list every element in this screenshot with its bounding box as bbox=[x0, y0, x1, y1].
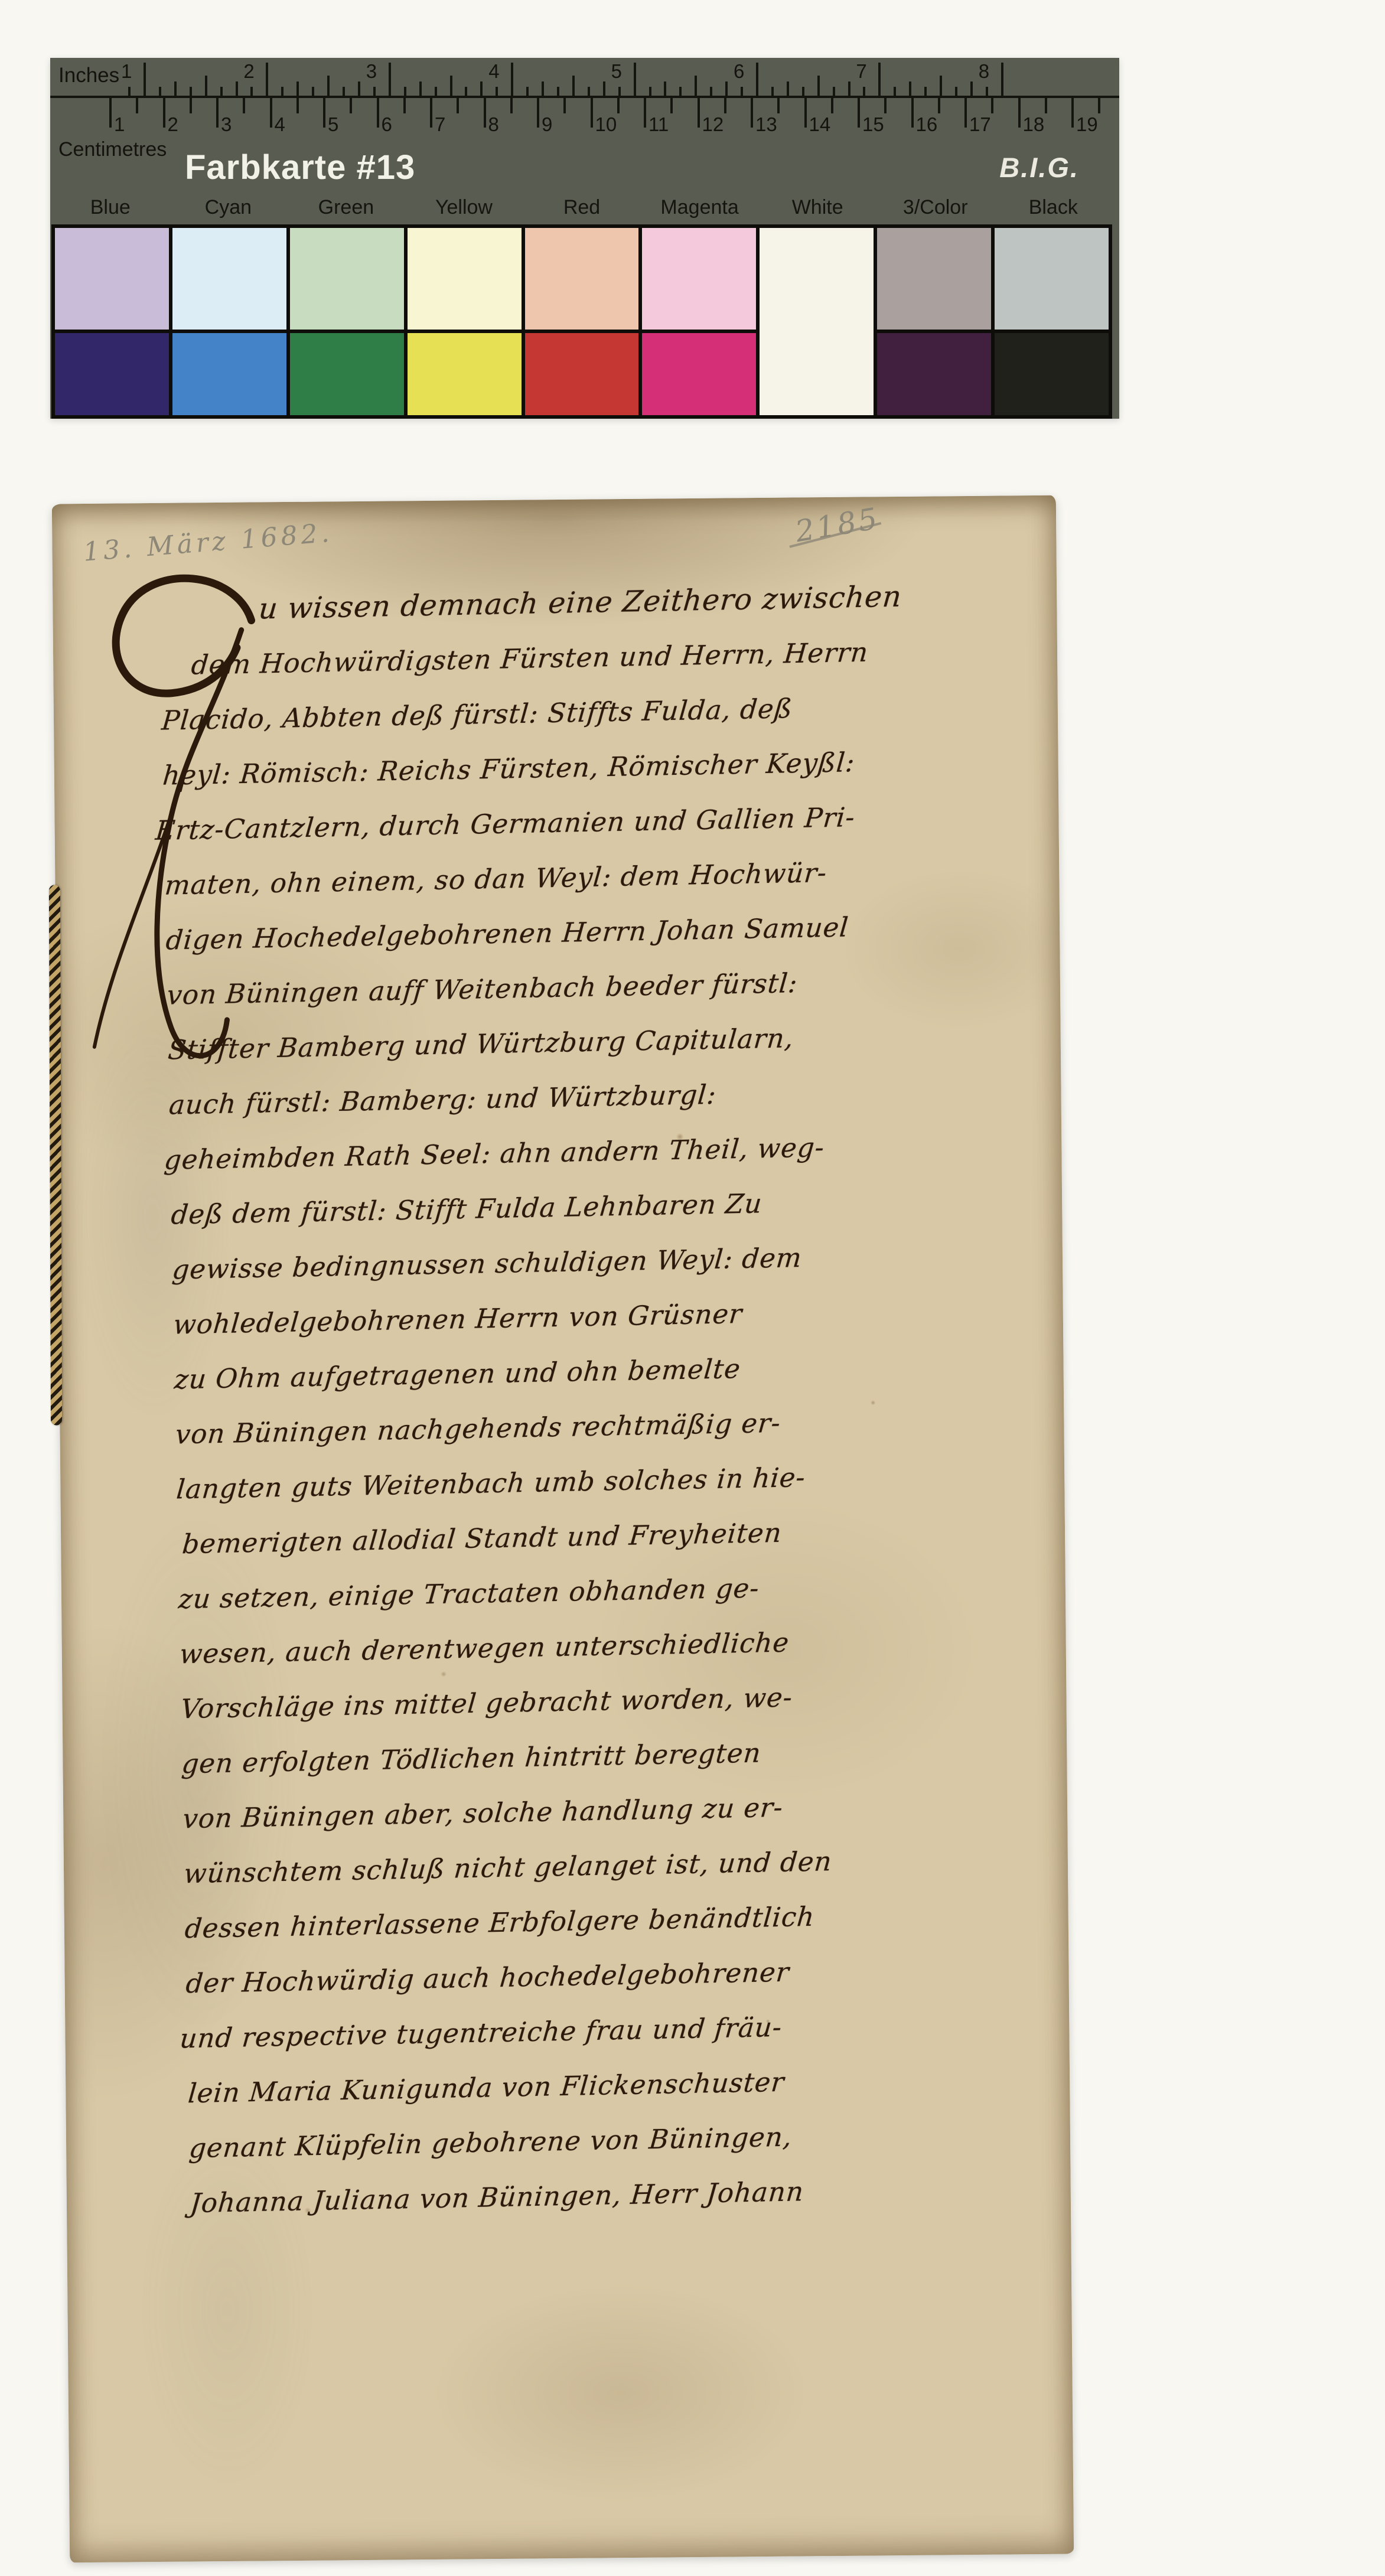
cm-number: 18 bbox=[1023, 113, 1045, 136]
patch-column-yellow bbox=[408, 228, 522, 415]
inch-tick bbox=[634, 63, 636, 96]
patch-column-red bbox=[525, 228, 639, 415]
inch-tick bbox=[848, 81, 850, 96]
patch-green-pale bbox=[290, 228, 404, 330]
patch-label-black: Black bbox=[995, 196, 1113, 222]
inch-tick bbox=[863, 87, 865, 96]
cm-tick bbox=[323, 98, 325, 128]
cm-number: 14 bbox=[809, 113, 831, 136]
patch-yellow-saturated bbox=[408, 333, 522, 415]
cm-number: 7 bbox=[435, 113, 445, 136]
archival-photo: Inches 12345678 123456789101112131415161… bbox=[0, 0, 1385, 2576]
centimetre-ruler: 12345678910111213141516171819 bbox=[50, 98, 1119, 135]
inch-tick bbox=[817, 76, 820, 96]
inch-number: 1 bbox=[121, 60, 132, 83]
inch-tick bbox=[128, 87, 131, 96]
inch-tick bbox=[312, 87, 314, 96]
card-brand-logo: B.I.G. bbox=[999, 151, 1079, 184]
cm-number: 16 bbox=[916, 113, 938, 136]
cm-tick bbox=[296, 98, 299, 113]
patch-label-green: Green bbox=[287, 196, 405, 222]
cm-number: 3 bbox=[221, 113, 232, 136]
inch-tick bbox=[496, 87, 498, 96]
cm-tick bbox=[190, 98, 192, 113]
inch-tick bbox=[450, 76, 452, 96]
inch-tick bbox=[664, 81, 666, 96]
inch-number: 8 bbox=[979, 60, 989, 83]
patch-magenta-pale bbox=[642, 228, 756, 330]
inch-tick bbox=[511, 63, 513, 96]
cm-tick bbox=[430, 98, 432, 128]
cm-tick bbox=[270, 98, 272, 128]
inch-tick bbox=[695, 76, 697, 96]
cm-number: 13 bbox=[755, 113, 777, 136]
patch-column-cyan bbox=[172, 228, 286, 415]
cm-tick bbox=[858, 98, 860, 128]
inch-tick bbox=[389, 63, 391, 96]
cm-tick bbox=[884, 98, 887, 113]
cm-number: 2 bbox=[168, 113, 178, 136]
inch-tick bbox=[281, 87, 283, 96]
cm-tick bbox=[777, 98, 780, 113]
inch-number: 6 bbox=[734, 60, 744, 83]
patch-label-cyan: Cyan bbox=[170, 196, 288, 222]
inch-number: 3 bbox=[366, 60, 377, 83]
inch-tick bbox=[480, 81, 483, 96]
inch-tick bbox=[358, 81, 360, 96]
cm-tick bbox=[243, 98, 245, 113]
patch-red-saturated bbox=[525, 333, 639, 415]
patch-label-blue: Blue bbox=[51, 196, 170, 222]
cm-number: 4 bbox=[275, 113, 285, 136]
patch-red-pale bbox=[525, 228, 639, 330]
cm-tick bbox=[644, 98, 646, 128]
inch-tick bbox=[220, 87, 223, 96]
cm-number: 8 bbox=[488, 113, 499, 136]
inch-tick bbox=[940, 76, 942, 96]
inch-tick bbox=[756, 63, 758, 96]
cm-number: 15 bbox=[862, 113, 884, 136]
inch-number: 2 bbox=[243, 60, 254, 83]
inch-tick bbox=[174, 81, 177, 96]
card-title: Farbkarte #13 bbox=[185, 148, 415, 187]
patch-column-magenta bbox=[642, 228, 756, 415]
cm-number: 5 bbox=[328, 113, 338, 136]
patch-cyan-pale bbox=[172, 228, 286, 330]
cm-number: 17 bbox=[969, 113, 991, 136]
inch-tick bbox=[266, 63, 268, 96]
inch-tick bbox=[924, 87, 927, 96]
patch-column-3-color bbox=[877, 228, 991, 415]
cm-tick bbox=[1018, 98, 1021, 128]
patch-blue-pale bbox=[55, 228, 169, 330]
inch-tick bbox=[802, 87, 804, 96]
inch-tick bbox=[557, 87, 559, 96]
inch-tick bbox=[725, 81, 728, 96]
centimetres-label: Centimetres bbox=[58, 138, 167, 161]
patch-black-saturated bbox=[995, 333, 1109, 415]
cm-number: 12 bbox=[702, 113, 724, 136]
cm-number: 6 bbox=[382, 113, 392, 136]
patch-3-color-saturated bbox=[877, 333, 991, 415]
cm-tick bbox=[991, 98, 993, 113]
patch-white bbox=[760, 228, 874, 415]
patch-column-white bbox=[760, 228, 874, 415]
cm-tick bbox=[163, 98, 165, 128]
cm-tick bbox=[724, 98, 726, 113]
cm-tick bbox=[136, 98, 138, 113]
inches-label: Inches bbox=[58, 64, 119, 87]
cm-number: 11 bbox=[648, 113, 669, 136]
inch-tick bbox=[878, 63, 881, 96]
patch-label-row: BlueCyanGreenYellowRedMagentaWhite3/Colo… bbox=[51, 196, 1112, 222]
inch-tick bbox=[787, 81, 789, 96]
inch-number: 4 bbox=[488, 60, 499, 83]
patch-black-pale bbox=[995, 228, 1109, 330]
manuscript-page: 13. März 1682. 2185 u wissen demnach ein… bbox=[52, 495, 1074, 2563]
inch-tick bbox=[894, 87, 896, 96]
cm-tick bbox=[377, 98, 379, 128]
inch-tick bbox=[679, 87, 682, 96]
inch-tick bbox=[159, 87, 161, 96]
inch-tick bbox=[296, 81, 299, 96]
inch-tick bbox=[588, 87, 590, 96]
cm-tick bbox=[1098, 98, 1100, 113]
cm-number: 1 bbox=[114, 113, 125, 136]
inch-tick bbox=[205, 76, 207, 96]
cm-tick bbox=[563, 98, 566, 113]
patch-label-red: Red bbox=[523, 196, 641, 222]
cm-tick bbox=[938, 98, 940, 113]
inch-tick bbox=[649, 87, 651, 96]
cm-tick bbox=[698, 98, 700, 128]
cm-tick bbox=[751, 98, 753, 128]
patch-3-color-pale bbox=[877, 228, 991, 330]
patch-magenta-saturated bbox=[642, 333, 756, 415]
inch-tick bbox=[404, 87, 406, 96]
cm-tick bbox=[484, 98, 486, 128]
cm-tick bbox=[617, 98, 620, 113]
cm-tick bbox=[964, 98, 967, 128]
inch-tick bbox=[618, 87, 621, 96]
cm-tick bbox=[1071, 98, 1074, 128]
patch-column-blue bbox=[55, 228, 169, 415]
inch-tick bbox=[741, 87, 743, 96]
manuscript-text: u wissen demnach eine Zeithero zwischend… bbox=[159, 566, 1058, 2231]
inch-ruler: Inches 12345678 bbox=[50, 58, 1119, 98]
cm-tick bbox=[804, 98, 807, 128]
color-patch-grid bbox=[51, 224, 1112, 419]
inch-number: 7 bbox=[856, 60, 866, 83]
inch-tick bbox=[465, 87, 467, 96]
cm-tick bbox=[911, 98, 914, 128]
inch-tick bbox=[327, 76, 330, 96]
inch-tick bbox=[190, 87, 192, 96]
cm-tick bbox=[591, 98, 593, 128]
cm-number: 19 bbox=[1076, 113, 1098, 136]
cm-tick bbox=[457, 98, 459, 113]
cm-tick bbox=[350, 98, 352, 113]
inch-number: 5 bbox=[611, 60, 622, 83]
inch-tick bbox=[710, 87, 712, 96]
inch-tick bbox=[909, 81, 911, 96]
cm-tick bbox=[670, 98, 673, 113]
inch-tick bbox=[236, 81, 238, 96]
cm-tick bbox=[537, 98, 539, 128]
cm-number: 9 bbox=[542, 113, 552, 136]
inch-tick bbox=[343, 87, 345, 96]
inch-tick bbox=[250, 87, 253, 96]
inch-tick bbox=[526, 87, 529, 96]
cm-tick bbox=[1045, 98, 1047, 113]
inch-tick bbox=[986, 87, 988, 96]
inch-tick bbox=[1001, 63, 1003, 96]
inch-tick bbox=[833, 87, 835, 96]
patch-yellow-pale bbox=[408, 228, 522, 330]
inch-tick bbox=[542, 81, 544, 96]
patch-label-3-color: 3/Color bbox=[876, 196, 995, 222]
cm-tick bbox=[109, 98, 112, 128]
cm-tick bbox=[216, 98, 219, 128]
patch-column-green bbox=[290, 228, 404, 415]
patch-column-black bbox=[995, 228, 1109, 415]
cm-tick bbox=[831, 98, 833, 113]
inch-tick bbox=[970, 81, 973, 96]
patch-green-saturated bbox=[290, 333, 404, 415]
cm-tick bbox=[510, 98, 513, 113]
inch-tick bbox=[603, 81, 605, 96]
inch-tick bbox=[435, 87, 437, 96]
inch-tick bbox=[572, 76, 575, 96]
patch-blue-saturated bbox=[55, 333, 169, 415]
inch-tick bbox=[373, 87, 376, 96]
cm-tick bbox=[403, 98, 406, 113]
color-calibration-card: Inches 12345678 123456789101112131415161… bbox=[50, 58, 1119, 419]
patch-label-white: White bbox=[758, 196, 876, 222]
inch-tick bbox=[144, 63, 146, 96]
cm-number: 10 bbox=[595, 113, 617, 136]
inch-tick bbox=[955, 87, 957, 96]
binding-cord bbox=[49, 885, 62, 1425]
inch-tick bbox=[771, 87, 774, 96]
patch-cyan-saturated bbox=[172, 333, 286, 415]
patch-label-magenta: Magenta bbox=[641, 196, 759, 222]
patch-label-yellow: Yellow bbox=[405, 196, 523, 222]
inch-tick bbox=[419, 81, 422, 96]
